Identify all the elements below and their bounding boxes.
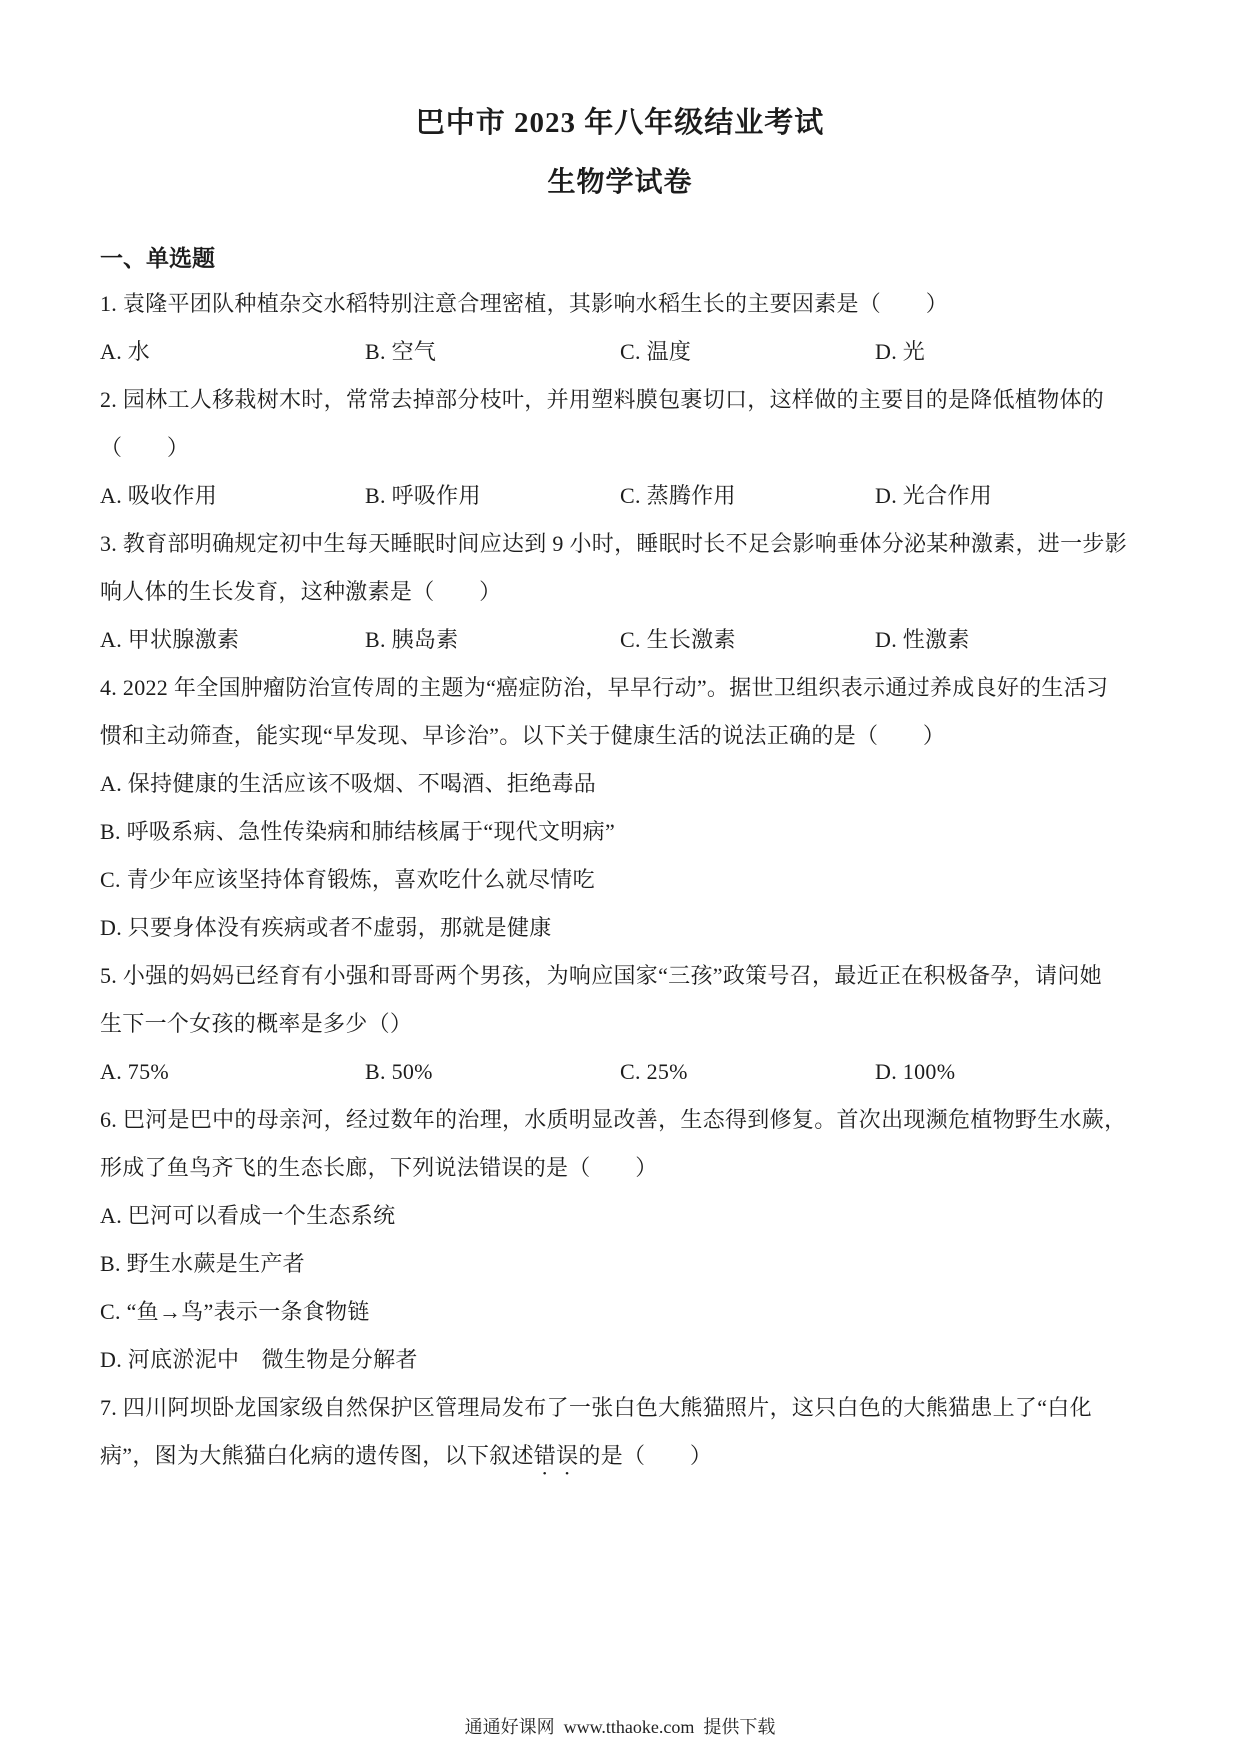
question-stem-continued: 生下一个女孩的概率是多少（） — [100, 1000, 1140, 1048]
question-stem-continued: 形成了鱼鸟齐飞的生态长廊，下列说法错误的是（ ） — [100, 1144, 1140, 1192]
option-c: C. 25% — [620, 1048, 875, 1096]
question-6: 6. 巴河是巴中的母亲河，经过数年的治理，水质明显改善，生态得到修复。首次出现濒… — [100, 1096, 1140, 1384]
question-stem-continued: 响人体的生长发育，这种激素是（ ） — [100, 568, 1140, 616]
option-b: B. 50% — [365, 1048, 620, 1096]
footer-watermark: 通通好课网 www.tthaoke.com 提供下载 — [0, 1714, 1240, 1740]
option-c: C. 温度 — [620, 328, 875, 376]
option-d: D. 性激素 — [875, 616, 1140, 664]
option-b: B. 野生水蕨是生产者 — [100, 1240, 1140, 1288]
option-d: D. 光 — [875, 328, 1140, 376]
page-content: 巴中市 2023 年八年级结业考试 生物学试卷 一、单选题 1. 袁隆平团队种植… — [100, 0, 1140, 1480]
question-stem: 1. 袁隆平团队种植杂交水稻特别注意合理密植，其影响水稻生长的主要因素是（ ） — [100, 280, 1140, 328]
question-stem: 4. 2022 年全国肿瘤防治宣传周的主题为“癌症防治，早早行动”。据世卫组织表… — [100, 664, 1140, 712]
option-d: D. 只要身体没有疾病或者不虚弱，那就是健康 — [100, 904, 1140, 952]
stem-text-before: 病”，图为大熊猫白化病的遗传图，以下叙述 — [100, 1443, 534, 1468]
option-b: B. 胰岛素 — [365, 616, 620, 664]
question-stem: 7. 四川阿坝卧龙国家级自然保护区管理局发布了一张白色大熊猫照片，这只白色的大熊… — [100, 1384, 1140, 1432]
question-stem: 6. 巴河是巴中的母亲河，经过数年的治理，水质明显改善，生态得到修复。首次出现濒… — [100, 1096, 1140, 1144]
option-c: C. 蒸腾作用 — [620, 472, 875, 520]
options-row: A. 甲状腺激素 B. 胰岛素 C. 生长激素 D. 性激素 — [100, 616, 1140, 664]
option-c: C. 生长激素 — [620, 616, 875, 664]
option-b: B. 呼吸作用 — [365, 472, 620, 520]
question-stem: 2. 园林工人移栽树木时，常常去掉部分枝叶，并用塑料膜包裹切口，这样做的主要目的… — [100, 376, 1140, 424]
option-a: A. 甲状腺激素 — [100, 616, 365, 664]
questions-area: 1. 袁隆平团队种植杂交水稻特别注意合理密植，其影响水稻生长的主要因素是（ ） … — [100, 280, 1140, 1480]
section-heading: 一、单选题 — [100, 244, 1140, 274]
option-a: A. 水 — [100, 328, 365, 376]
page-title: 巴中市 2023 年八年级结业考试 — [100, 106, 1140, 140]
options-row: A. 吸收作用 B. 呼吸作用 C. 蒸腾作用 D. 光合作用 — [100, 472, 1140, 520]
option-d: D. 河底淤泥中 微生物是分解者 — [100, 1336, 1140, 1384]
question-stem: 3. 教育部明确规定初中生每天睡眠时间应达到 9 小时，睡眠时长不足会影响垂体分… — [100, 520, 1140, 568]
question-stem: 5. 小强的妈妈已经育有小强和哥哥两个男孩，为响应国家“三孩”政策号召，最近正在… — [100, 952, 1140, 1000]
option-a: A. 75% — [100, 1048, 365, 1096]
option-d: D. 100% — [875, 1048, 1140, 1096]
option-a: A. 保持健康的生活应该不吸烟、不喝酒、拒绝毒品 — [100, 760, 1140, 808]
question-3: 3. 教育部明确规定初中生每天睡眠时间应达到 9 小时，睡眠时长不足会影响垂体分… — [100, 520, 1140, 664]
options-row: A. 75% B. 50% C. 25% D. 100% — [100, 1048, 1140, 1096]
options-row: A. 水 B. 空气 C. 温度 D. 光 — [100, 328, 1140, 376]
question-stem-continued: （ ） — [100, 424, 1140, 472]
emphasized-text: 错误 — [534, 1443, 579, 1468]
page-subtitle: 生物学试卷 — [100, 166, 1140, 200]
question-1: 1. 袁隆平团队种植杂交水稻特别注意合理密植，其影响水稻生长的主要因素是（ ） … — [100, 280, 1140, 376]
option-a: A. 巴河可以看成一个生态系统 — [100, 1192, 1140, 1240]
stem-text-after: 的是（ ） — [578, 1443, 712, 1468]
question-7: 7. 四川阿坝卧龙国家级自然保护区管理局发布了一张白色大熊猫照片，这只白色的大熊… — [100, 1384, 1140, 1480]
option-c: C. 青少年应该坚持体育锻炼，喜欢吃什么就尽情吃 — [100, 856, 1140, 904]
option-b: B. 空气 — [365, 328, 620, 376]
option-a: A. 吸收作用 — [100, 472, 365, 520]
option-b: B. 呼吸系病、急性传染病和肺结核属于“现代文明病” — [100, 808, 1140, 856]
option-d: D. 光合作用 — [875, 472, 1140, 520]
question-stem-continued: 病”，图为大熊猫白化病的遗传图，以下叙述错误的是（ ） — [100, 1432, 1140, 1480]
question-4: 4. 2022 年全国肿瘤防治宣传周的主题为“癌症防治，早早行动”。据世卫组织表… — [100, 664, 1140, 952]
exam-paper-page: 巴中市 2023 年八年级结业考试 生物学试卷 一、单选题 1. 袁隆平团队种植… — [0, 0, 1240, 1754]
question-2: 2. 园林工人移栽树木时，常常去掉部分枝叶，并用塑料膜包裹切口，这样做的主要目的… — [100, 376, 1140, 520]
question-stem-continued: 惯和主动筛查，能实现“早发现、早诊治”。以下关于健康生活的说法正确的是（ ） — [100, 712, 1140, 760]
question-5: 5. 小强的妈妈已经育有小强和哥哥两个男孩，为响应国家“三孩”政策号召，最近正在… — [100, 952, 1140, 1096]
option-c: C. “鱼→鸟”表示一条食物链 — [100, 1288, 1140, 1336]
